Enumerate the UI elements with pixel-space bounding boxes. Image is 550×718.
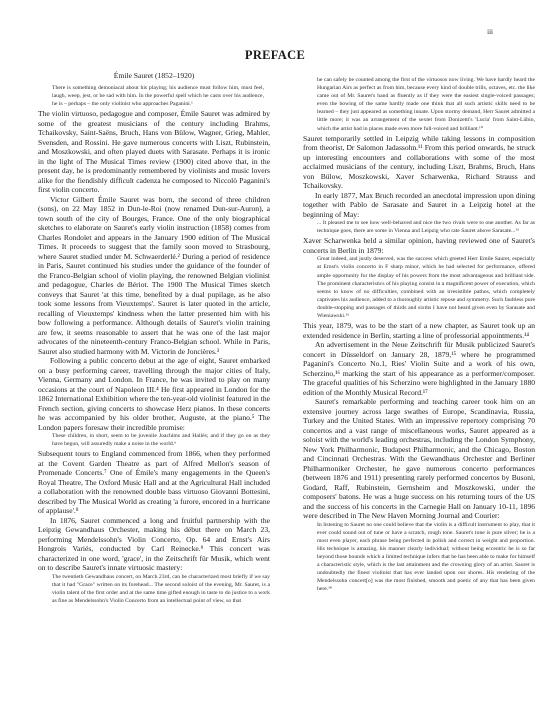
section-heading: Émile Sauret (1852–1920) bbox=[38, 71, 270, 80]
paragraph: Subsequent tours to England commenced fr… bbox=[38, 449, 270, 516]
right-column: he can safely be counted among the first… bbox=[303, 76, 535, 594]
paragraph: In early 1877, Max Bruch recorded an ane… bbox=[303, 191, 535, 220]
paragraph: The violin virtuoso, pedagogue and compo… bbox=[38, 109, 270, 195]
block-quote: These children, in short, seem to be juv… bbox=[52, 432, 270, 448]
block-quote: The twentieth Gewandhaus concert, on Mar… bbox=[52, 573, 270, 605]
left-column: Émile Sauret (1852–1920) There is someth… bbox=[38, 66, 270, 606]
block-quote: In listening to Sauret no one could beli… bbox=[317, 521, 535, 594]
page-title: PREFACE bbox=[0, 48, 550, 63]
block-quote: ... It pleased me to see how well-behave… bbox=[317, 219, 535, 235]
page-number: iii bbox=[487, 28, 493, 36]
paragraph: Victor Gilbert Émile Sauret was born, th… bbox=[38, 195, 270, 357]
paragraph: This year, 1879, was to be the start of … bbox=[303, 321, 535, 340]
paragraph: An advertisement in the Neue Zeitschrift… bbox=[303, 340, 535, 397]
paragraph: Xaver Scharwenka held a similar opinion,… bbox=[303, 236, 535, 255]
block-quote: Great indeed, and justly deserved, was t… bbox=[317, 255, 535, 320]
paragraph: Following a public concerto debut at the… bbox=[38, 356, 270, 432]
block-quote-continued: he can safely be counted among the first… bbox=[317, 76, 535, 133]
paragraph: Sauret temporarily settled in Leipzig wh… bbox=[303, 134, 535, 191]
epigraph: There is something demoniacal about his … bbox=[52, 84, 264, 108]
paragraph: Sauret's remarkable performing and teach… bbox=[303, 397, 535, 521]
paragraph: In 1876, Sauret commenced a long and fru… bbox=[38, 516, 270, 573]
